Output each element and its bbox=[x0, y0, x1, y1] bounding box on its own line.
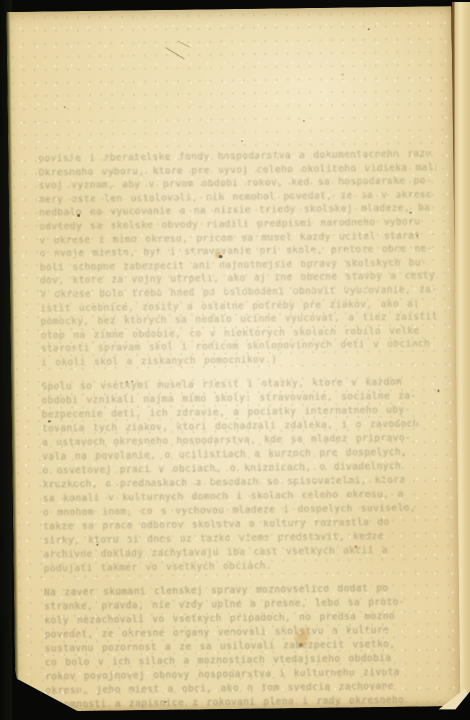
book-page: povisie i zberatelske fondy hospodarstva… bbox=[6, 6, 460, 712]
ghost-text-line: pomocky, bez ktorych sa nedalo ucinne vy… bbox=[40, 310, 438, 329]
foxing-speck bbox=[341, 74, 344, 76]
foxing-speck bbox=[64, 106, 66, 108]
ghost-text-line: rokov povojnovej obnovy hospodarstva i k… bbox=[45, 665, 443, 684]
ghost-text-line: Spolu so vsetkymi musela riesit i otazky… bbox=[41, 375, 439, 394]
ghost-text-line: sustavnu pozornost a ze sa usilovali zab… bbox=[45, 637, 443, 656]
foxing-speck bbox=[409, 212, 412, 214]
scanner-background: povisie i zberatelske fondy hospodarstva… bbox=[0, 0, 470, 720]
ghost-text-line: bezpecenie deti, ich zdravie, a pociatky… bbox=[42, 403, 440, 422]
ghost-text-line: V okrese bolo treba hned po oslobodeni o… bbox=[40, 283, 438, 302]
ghost-text-line: a ustavoch okresneho hospodarstva, kde s… bbox=[42, 431, 440, 450]
scanned-document-image: { "document": { "type": "scanned-book-pa… bbox=[0, 0, 470, 720]
ghost-text-line: takze sa praca odborov skolstva a kultur… bbox=[43, 515, 441, 534]
foxing-speck bbox=[303, 120, 305, 122]
ghost-text-line: podujati takmer vo vsetkych obciach. bbox=[44, 557, 442, 576]
ghost-text-line: Na zaver skumani clenskej spravy moznovs… bbox=[44, 581, 442, 600]
ghost-text-line: o mnohom inom, co s vychovou mladeze i d… bbox=[43, 501, 441, 520]
foxing-speck bbox=[219, 255, 223, 258]
foxing-speck bbox=[368, 28, 370, 30]
ghost-text-line: starosti spravam skol i rodicom skolopov… bbox=[41, 338, 439, 357]
ghost-text-line: sirky, ktoru si dnes uz tazko vieme pred… bbox=[43, 529, 441, 548]
foxing-speck bbox=[48, 420, 51, 422]
ghost-text-line: odvtedy sa skolske obvody riadili predpi… bbox=[39, 215, 437, 234]
ghost-text-line: co bolo v ich silach a moznostiach vteda… bbox=[45, 651, 443, 670]
ghost-text-line: svoj vyznam, aby v prvom obdobi rokov, k… bbox=[39, 175, 437, 194]
ghost-text-line: v okrese i mimo okresu, pricom sa musel … bbox=[39, 229, 437, 248]
ghost-text-line: vala na povolanie, o ucilistiach a kurzo… bbox=[42, 445, 440, 464]
foxing-speck bbox=[437, 389, 439, 392]
foxing-speck bbox=[164, 701, 166, 703]
ghost-text-line: istit ucebnice, zosity a ostatne potreby… bbox=[40, 297, 438, 316]
ghost-text-line: o osvetovej praci v obciach, o kniznicac… bbox=[42, 459, 440, 478]
ghost-text-line: kruzkoch, o prednaskach a besedach so sp… bbox=[43, 473, 441, 492]
ghost-text-block: povisie i zberatelske fondy hospodarstva… bbox=[38, 147, 439, 370]
foxing-speck bbox=[354, 545, 357, 548]
ghost-text-line: okresu, jeho miest a obci, ako o tom sve… bbox=[45, 679, 443, 698]
scratch-mark bbox=[165, 47, 184, 59]
foxing-speck bbox=[126, 381, 128, 383]
ghost-text-line: otop na zimne obdobie, co v niektorych s… bbox=[41, 324, 439, 343]
ghost-text-blocks: povisie i zberatelske fondy hospodarstva… bbox=[6, 6, 451, 12]
foxing-speck bbox=[416, 235, 418, 237]
ghost-text-line: koly nezachovali vo vsetkych pripadoch, … bbox=[44, 609, 442, 628]
ghost-text-line: boli schopne zabezpecit ani najnutnejsie… bbox=[40, 256, 438, 275]
ghost-text-line: Okresneho vyboru, ktore pre vyvoj celeho… bbox=[38, 161, 436, 180]
ghost-text-line: mery este len ustalovali, nik nemohol po… bbox=[39, 188, 437, 207]
foxing-speck bbox=[77, 214, 80, 217]
ghost-text-line: tovania tych ziakov, ktori dochadzali zd… bbox=[42, 417, 440, 436]
ghost-text-line: obdobi vznikali najma mimo skoly: stravo… bbox=[41, 389, 439, 408]
ghost-text-line: povedat, ze okresne organy venovali skol… bbox=[45, 623, 443, 642]
foxing-speck bbox=[241, 140, 243, 142]
foxing-speck bbox=[131, 380, 133, 382]
ghost-text-line: sa konali v kulturnych domoch i skolach … bbox=[43, 487, 441, 506]
ghost-text-line: o svoje miesto, byt i stravovanie pri sk… bbox=[40, 242, 438, 261]
foxing-speck bbox=[96, 544, 98, 546]
ghost-text-line: povisie i zberatelske fondy hospodarstva… bbox=[38, 147, 436, 166]
ghost-text-block: Na zaver skumani clenskej spravy moznovs… bbox=[44, 581, 444, 712]
ghost-text-line: i okoli skol a ziskanych pomocnikov.) bbox=[41, 351, 439, 370]
ghost-text-line: archivne doklady zachytavaju iba cast vs… bbox=[43, 543, 441, 562]
scratch-mark bbox=[177, 40, 190, 47]
paper-specks bbox=[6, 6, 451, 12]
foxing-speck bbox=[296, 629, 309, 644]
foxing-speck bbox=[299, 643, 303, 647]
ghost-text-line: stranke, pravda, nie vzdy uplne a presne… bbox=[44, 595, 442, 614]
ghost-text-line: dov, ktore za vojny utrpeli, ako aj ine … bbox=[40, 270, 438, 289]
ghost-text-line: nedbalo na vyucovanie a na nizsie triedy… bbox=[39, 202, 437, 221]
ghost-text-line: pisomnosti a zapisnice z rokovani plena … bbox=[45, 693, 443, 712]
ghost-text-block: Spolu so vsetkymi musela riesit i otazky… bbox=[41, 375, 442, 576]
